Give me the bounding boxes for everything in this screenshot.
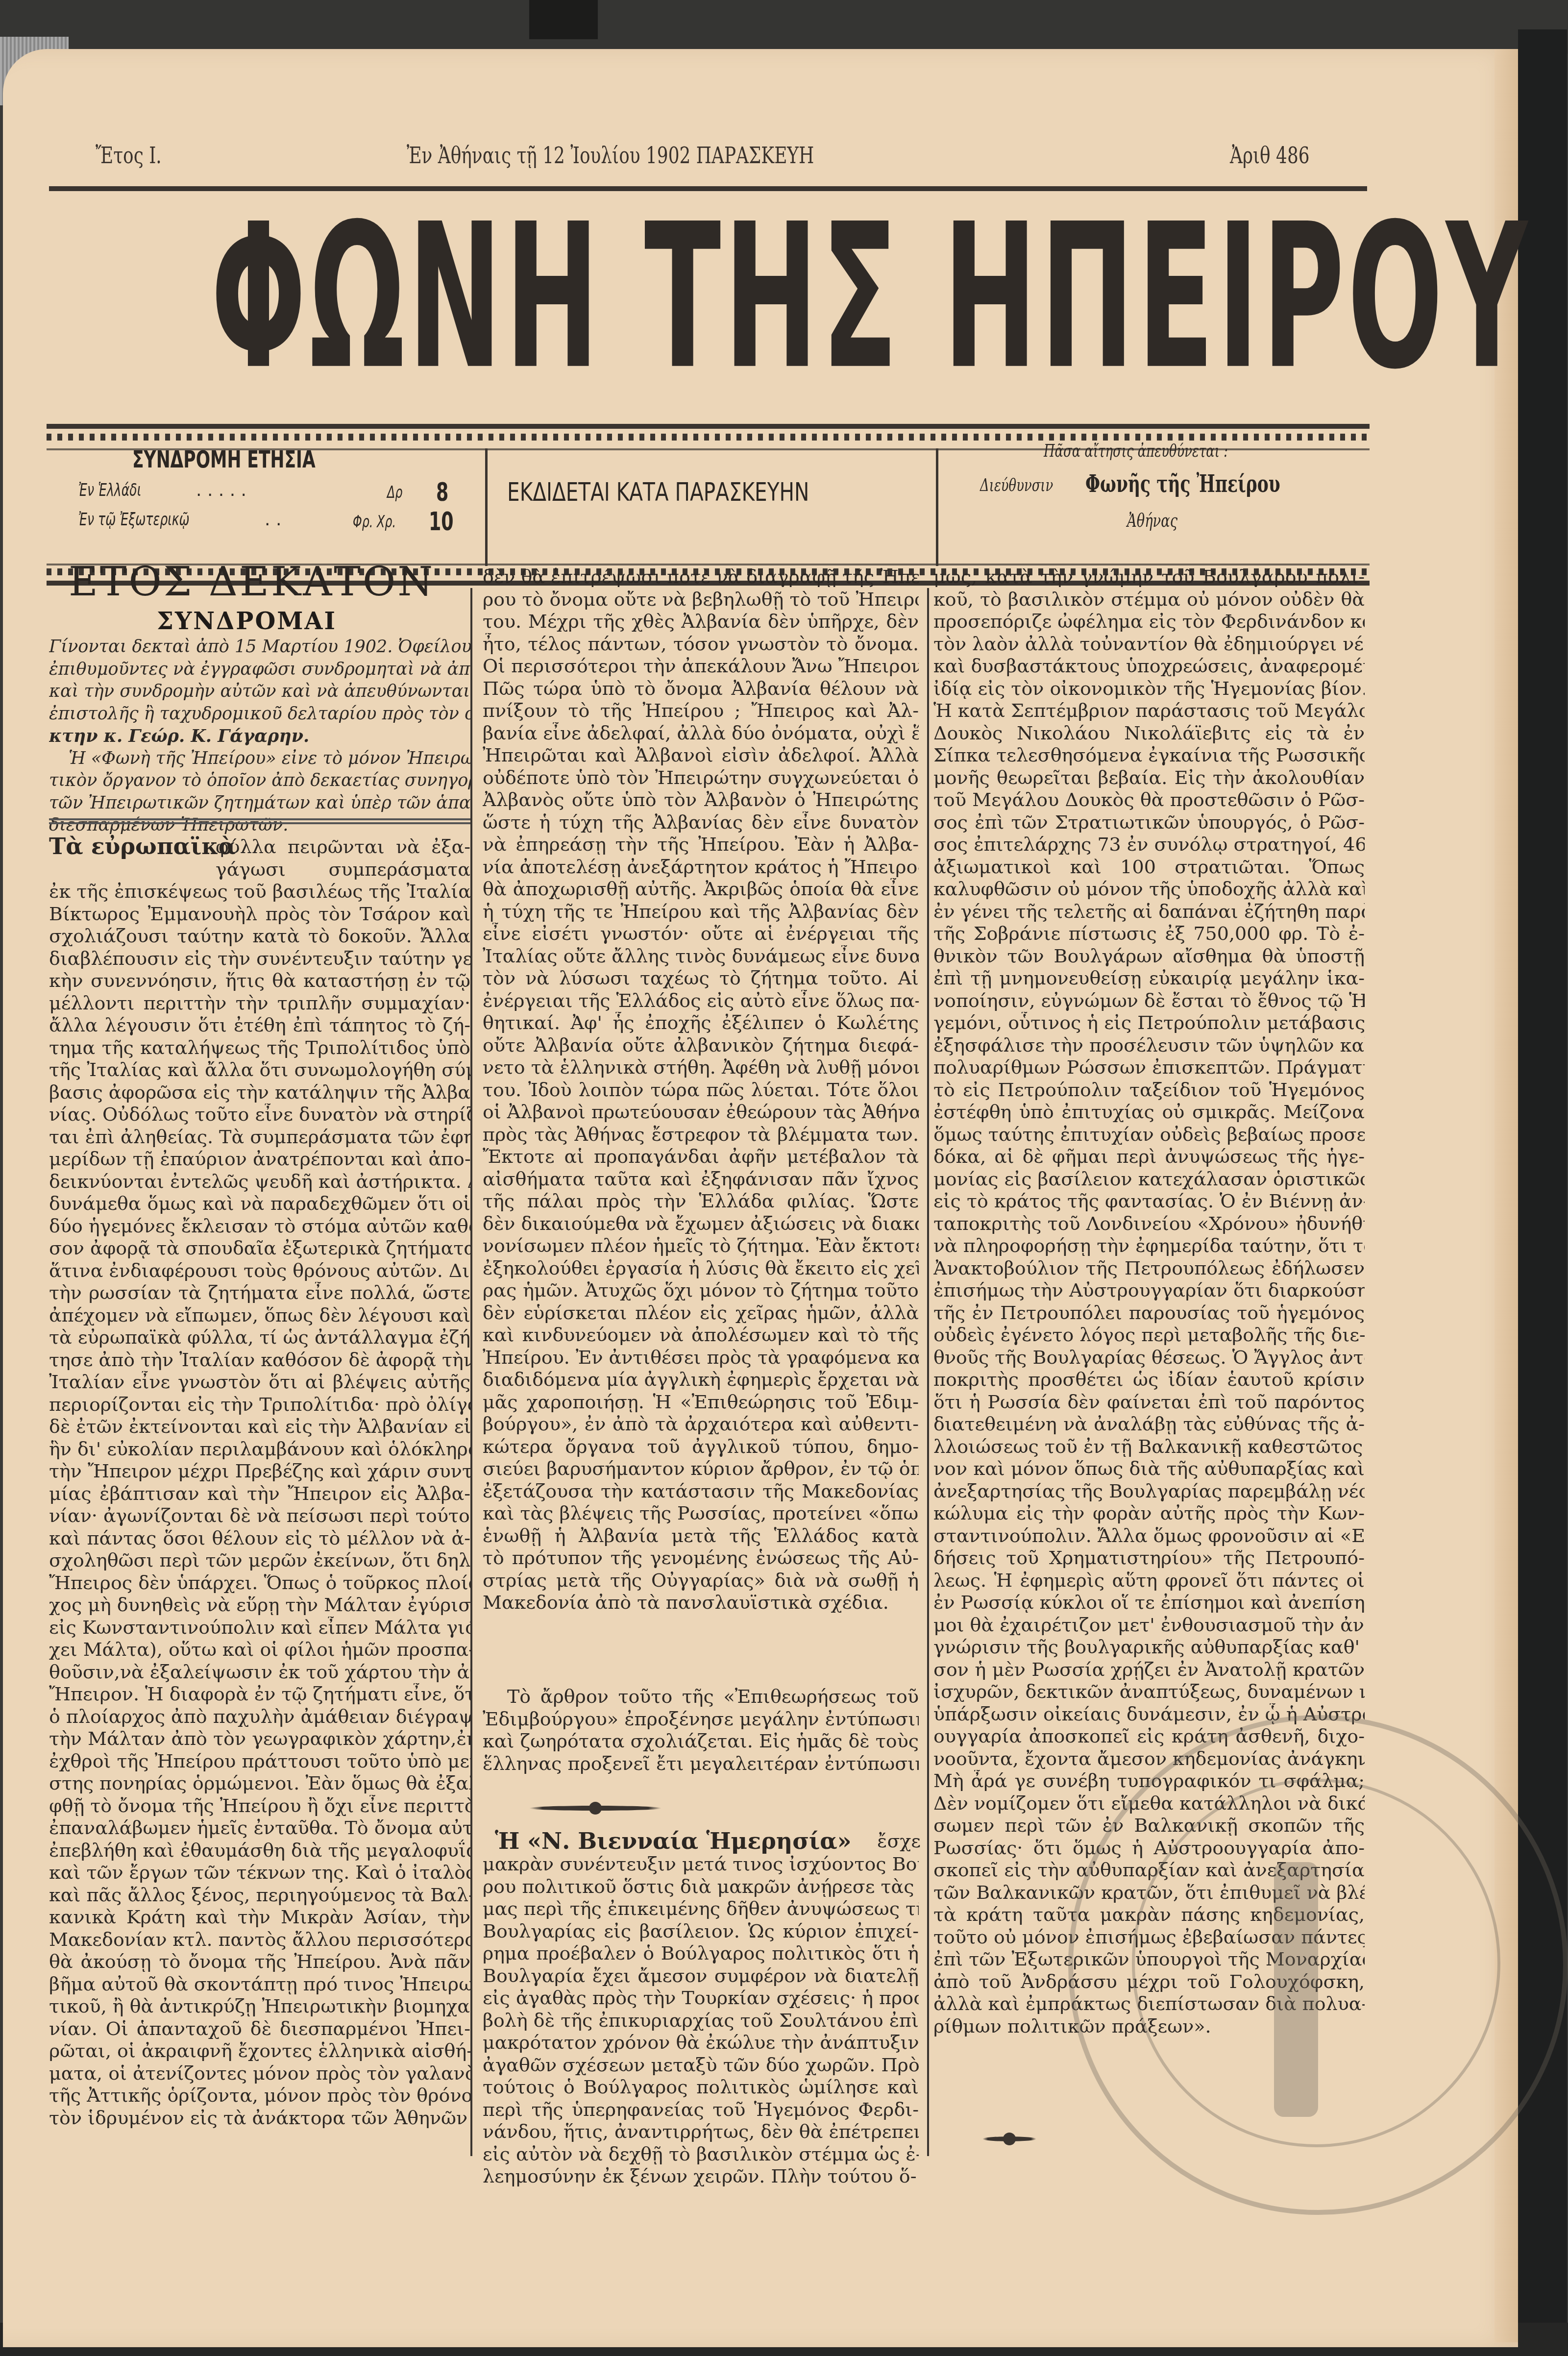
end-ornament (982, 2136, 1036, 2141)
text-line: ἀνεξαρτησίας τῆς Βουλγαρίας παρεμβάλῃ νέ… (933, 1480, 1365, 1503)
text-line: βῆμα αὐτοῦ θὰ σκοντάπτῃ πρό τινος Ἠπειρω… (49, 1973, 470, 1996)
subscription-row-greece-unit: Δρ (387, 483, 402, 502)
text-line: ρῶται, οἱ ἀκραιφνῆ ἔχοντες ἑλληνικὰ αἰσθ… (49, 2040, 470, 2062)
notice-line: ἐπιθυμοῦντες νὰ ἐγγραφῶσι συνδρομηταὶ νὰ… (49, 660, 470, 682)
text-line: στρίας μετὰ τῆς Οὐγγαρίας» διὰ νὰ σωθῇ ἡ (483, 1570, 919, 1592)
text-line: οὐδεὶς ἐγένετο λόγος περὶ μεταβολῆς τῆς … (933, 1324, 1365, 1347)
text-line: οὐδέποτε ὑπὸ τὸν Ἠπειρώτην συγχωνεύεται … (483, 767, 919, 789)
text-line: χος μὴ δυνηθεὶς νὰ εὕρῃ τὴν Μάλταν ἐγύρι… (49, 1594, 470, 1617)
text-line: Ἀνακτοβούλιον τῆς Πετρουπόλεως ἐδήλωσεν (933, 1257, 1365, 1280)
text-line: σος ἐπὶ τῶν Στρατιωτικῶν ὑπουργός, ὁ Ρῶσ… (933, 811, 1365, 834)
text-line: ὥστε ἡ τύχη τῆς Ἀλβανίας δὲν εἶνε δυνατὸ… (483, 811, 919, 834)
info-separator-2 (936, 448, 938, 566)
article-lead-vienna: Ἡ «Ν. Βιενναία Ἡμερησία» (495, 1828, 852, 1854)
text-line: δόκα, αἱ δὲ φῆμαι περὶ ἀνυψώσεως τῆς ἡγε… (933, 1146, 1365, 1168)
text-line: ἐξηκολούθει ἐργασία ἡ λύσις θὰ ἔκειτο εἰ… (483, 1257, 919, 1280)
publication-schedule: ΕΚΔΙΔΕΤΑΙ ΚΑΤΑ ΠΑΡΑΣΚΕΥΗΝ (507, 478, 809, 507)
text-line: Ἡ κατὰ Σεπτέμβριον παράστασις τοῦ Μεγάλο… (933, 700, 1365, 722)
text-line: Βίκτωρος Ἐμμανουὴλ πρὸς τὸν Τσάρον καὶ (49, 903, 470, 926)
subscription-row-abroad-unit: Φρ. Χρ. (353, 512, 396, 532)
about-line: Ἡ «Φωνὴ τῆς Ἠπείρου» εἶνε τὸ μόνον Ἠπειρ… (49, 749, 470, 771)
year-label: Ἔτος Ι. (96, 142, 162, 169)
text-line: δὲν εὑρίσκεται πλέον εἰς χεῖρας ἡμῶν, ἀλ… (483, 1302, 919, 1325)
about-line: τῶν Ἠπειρωτικῶν ζητημάτων καὶ ὑπὲρ τῶν ἁ… (49, 793, 470, 816)
text-line: νετο τὰ ἑλληνικὰ στήθη. Ἀφέθη νὰ λυθῇ μό… (483, 1056, 919, 1079)
text-line: σον ἡ μὲν Ρωσσία χρῄζει ἐν Ἀνατολῇ κρατῶ… (933, 1659, 1365, 1681)
text-line: δήσεις τοῦ Χρηματιστηρίου» τῆς Πετρουπό- (933, 1547, 1365, 1570)
text-line: μᾶς χαροποιήσῃ. Ἡ «Ἐπιθεώρησις τοῦ Ἐδιμ- (483, 1391, 919, 1414)
text-line: καὶ πάντας ὅσοι θέλουν εἰς τὸ μέλλον νὰ … (49, 1527, 470, 1550)
text-line: τὸν νὰ λύσωσι ταχέως τὸ ζήτημα τοῦτο. Αἱ (483, 967, 919, 990)
info-top-rule (47, 424, 1370, 429)
text-line: ἅτινα ἐνδιαφέρουσι τοὺς θρόνους αὐτῶν. Δ… (49, 1260, 470, 1282)
text-line: Οἱ περισσότεροι τὴν ἀπεκάλουν Ἄνω Ἤπειρο… (483, 655, 919, 678)
text-line: γεμόνι, οὗτινος ἡ εἰς Πετρούπολιν μετάβα… (933, 1012, 1365, 1034)
text-line: τὴν Μάλταν ἀπὸ τὸν γεωγραφικὸν χάρτην,ἐν… (49, 1728, 470, 1750)
section-heading-year: ΕΤΟΣ ΔΕΚΑΤΟΝ (69, 559, 435, 605)
subscription-row-abroad-price: 10 (429, 507, 454, 537)
text-line: Δουκὸς Νικολάου Νικολάϊεβιτς εἰς τὰ ἐν (933, 722, 1365, 745)
text-line: Πῶς τώρα ὑπὸ τὸ ὄνομα Ἀλβανία θέλουν νὰ (483, 678, 919, 700)
dateline: Ἐν Ἀθήναις τῇ 12 Ἰουλίου 1902 ΠΑΡΑΣΚΕΥΗ (407, 142, 814, 169)
text-line: ται ἐπὶ ἀληθείας. Τὰ συμπεράσματα τῶν ἐφ… (49, 1126, 470, 1149)
text-line: νον καὶ μόνον ὅπως διὰ τῆς αὐθυπαρξίας κ… (933, 1458, 1365, 1480)
text-line: ρας ἡμῶν. Ἀτυχῶς ὅχι μόνον τὸ ζήτημα τοῦ… (483, 1279, 919, 1302)
notice-line: καὶ τὴν συνδρομὴν αὐτῶν καὶ νὰ ἀπευθύνων… (49, 682, 470, 704)
address-prefix: Διεύθυνσιν (980, 475, 1053, 495)
text-line: ἐπισήμως τὴν Αὐστρουγγαρίαν ὅτι διαρκούσ… (933, 1279, 1365, 1302)
text-line: θητικαί. Ἀφ' ἧς ἐποχῆς ἐξέλιπεν ὁ Κωλέτη… (483, 1012, 919, 1034)
text-line: ἀπέχομεν νὰ εἴπωμεν, ὅπως δὲν λέγουσι κα… (49, 1304, 470, 1327)
text-line: εἶνε εἰσέτι γνωστόν· οὔτε αἱ ἐνέργειαι τ… (483, 923, 919, 945)
notice-line-editor: κτην κ. Γεώρ. Κ. Γάγαρην. (49, 726, 470, 749)
section-ornament (529, 1806, 661, 1811)
text-line: ἐξετάζουσα τὴν κατάστασιν τῆς Μακεδονίας (483, 1480, 919, 1503)
book-binding-top (0, 0, 1568, 54)
text-line: μίας ἐβάπτισαν καὶ τὴν Ἤπειρον εἰς Ἀλβα- (49, 1483, 470, 1505)
text-line: κανικὰ Κράτη καὶ τὴν Μικρὰν Ἀσίαν, τὴν (49, 1906, 470, 1929)
text-line: ἦτο, τέλος πάντων, τόσον γνωστὸν τὸ ὄνομ… (483, 633, 919, 656)
text-line: Ἐδιμβούργου» ἐπροξένησε μεγάλην ἐντύπωσι… (483, 1708, 919, 1731)
text-line: Ἰταλίας οὔτε ἄλλης τινὸς δυνάμεως εἶνε δ… (483, 945, 919, 968)
text-line: Βουλγαρία ἔχει ἄμεσον συμφέρον νὰ διατελ… (483, 1965, 919, 1988)
text-line: ποκριτὴς προσθέτει ὡς ἰδίαν ἑαυτοῦ κρίσι… (933, 1369, 1365, 1391)
text-line: νὰ ἐπηρεάσῃ τὴν τῆς Ἠπείρου. Ἐὰν ἡ Ἀλβα- (483, 834, 919, 856)
text-line: καὶ ζωηρότατα σχολιάζεται. Εἰς ἡμᾶς δὲ τ… (483, 1730, 919, 1753)
text-line: ἄλλα λέγουσιν ὅτι ἐτέθη ἐπὶ τάπητος τὸ ζ… (49, 1014, 470, 1037)
column-rule-2 (927, 588, 929, 2156)
subscriptions-notice: Γίνονται δεκταὶ ἀπὸ 15 Μαρτίου 1902. Ὀφε… (49, 637, 470, 838)
text-line: οἱ Ἀλβανοὶ πρωτεύουσαν ἐθεώρουν τὰς Ἀθήν… (483, 1101, 919, 1124)
text-line: του. Μέχρι τῆς χθὲς Ἀλβανία δὲν ὑπῆρχε, … (483, 611, 919, 633)
text-line: Μακεδονίαν κτλ. παντὸς ἄλλου περισσότερο… (49, 1929, 470, 1951)
text-line: ταποκριτὴς τοῦ Λονδινείου «Χρόνου» ἠδυνή… (933, 1213, 1365, 1235)
text-line: κοῦ, τὸ βασιλικὸν στέμμα οὐ μόνον οὐδὲν … (933, 589, 1365, 611)
text-line: στης πονηρίας ὁρμώμενοι. Ἐὰν ὅμως θὰ ἐξα… (49, 1772, 470, 1795)
text-line: καὶ κινδυνεύομεν νὰ ἀπολέσωμεν καὶ τὸ τῆ… (483, 1324, 919, 1347)
notice-line: Γίνονται δεκταὶ ἀπὸ 15 Μαρτίου 1902. Ὀφε… (49, 637, 470, 660)
text-line: καὶ πᾶς ἄλλος ξένος, περιηγούμενος τὰ Βα… (49, 1884, 470, 1907)
text-line: ἡ τύχη τῆς τε Ἠπείρου καὶ τῆς Ἀλβανίας δ… (483, 901, 919, 923)
text-line: ὅμως ταύτης ἐπιτυχίαν οὐδεὶς βεβαίως προ… (933, 1124, 1365, 1146)
text-line: τὴν ρωσσίαν τὰ ζητήματα εἶνε πολλά, ὥστε (49, 1282, 470, 1304)
text-line: ἐκ τῆς ἐπισκέψεως τοῦ βασιλέως τῆς Ἰταλί… (49, 881, 470, 903)
text-line: πνίξουν τὸ τῆς Ἠπείρου ; Ἤπειρος καὶ Ἀλ- (483, 700, 919, 722)
text-line: μοι θὰ ἐχαιρέτιζον μετ' ἐνθουσιασμοῦ τὴν… (933, 1614, 1365, 1637)
text-line: εἰς αὐτὸν νὰ δεχθῇ τὸ βασιλικὸν στέμμα ὡ… (483, 2143, 919, 2166)
text-line: τημα τῆς καταλήψεως τῆς Τριπολίτιδος ὑπὸ (49, 1037, 470, 1059)
text-line: τησε ἀπὸ τὴν Ἰταλίαν καθόσον δὲ ἀφορᾷ τὴ… (49, 1349, 470, 1372)
text-line: Σίπκα τελεσθησόμενα ἐγκαίνια τῆς Ρωσσικῆ… (933, 744, 1365, 767)
text-line: ματα, οἱ ἀτενίζοντες μόνον πρὸς τὸν γαλα… (49, 2062, 470, 2085)
subscription-row-greece-label: Ἐν Ἑλλάδι (78, 480, 141, 500)
text-line: νονίσωμεν πλέον ἡμεῖς τὸ ζήτημα. Ἐὰν ἔκτ… (483, 1235, 919, 1257)
text-line: Βουλγαρίας εἰς βασίλειον. Ὡς κύριον ἐπιχ… (483, 1920, 919, 1943)
text-line: ρου πολιτικοῦ ὅστις διὰ μακρῶν ἀνῄρεσε τ… (483, 1876, 919, 1898)
text-line: τὸ πρότυπον τῆς γενομένης ἑνώσεως τῆς Αὐ… (483, 1547, 919, 1570)
text-line: μως, κατὰ τὴν γνώμην τοῦ Βουλγάρου πολι- (933, 566, 1365, 589)
text-line: Ἤπειρος δὲν ὑπάρχει. Ὅπως ὁ τοῦρκος πλοί… (49, 1572, 470, 1595)
text-line: τῆς Σοβράνιε πίστωσις ἐξ 750,000 φρ. Τὸ … (933, 923, 1365, 945)
article-european-papers: φύλλα πειρῶνται νὰ ἐξα-γάγωσι συμπεράσμα… (49, 836, 470, 2129)
text-line: τοῦ Μεγάλου Δουκὸς θὰ προστεθῶσιν ὁ Ρῶσ- (933, 789, 1365, 811)
address-intro: Πᾶσα αἴτησις ἀπευθύνεται : (1044, 441, 1228, 461)
subscription-row-greece-price: 8 (436, 478, 448, 507)
text-line: καὶ δυσβαστάκτους ὑποχρεώσεις, ἀναφερομέ… (933, 655, 1365, 678)
text-line: τῆς ἐν Πετρουπόλει παρουσίας τοῦ ἡγεμόνο… (933, 1302, 1365, 1325)
text-line: ἐπὶ τῇ μνημονευθείσῃ εὐκαιρίᾳ μεγάλην ἱκ… (933, 967, 1365, 990)
text-line: δύο ἡγεμόνες ἔκλεισαν τὸ στόμα αὐτῶν καθ… (49, 1215, 470, 1238)
text-line: σταντινούπολιν. Ἄλλα ὅμως φρονοῦσιν αἱ «… (933, 1525, 1365, 1547)
text-line: δεικνύονται ἐντελῶς ψευδῆ καὶ ἀστήρικτα.… (49, 1171, 470, 1193)
text-line: Ἤπειρον. Ἡ διαφορὰ ἐν τῷ ζητήματι εἶνε, … (49, 1683, 470, 1706)
text-line: θὰ ἀκούσῃ τὸ ὄνομα τῆς Ἠπείρου. Ἀνὰ πᾶν (49, 1951, 470, 1973)
text-line: τὸ εἰς Πετρούπολιν ταξείδιον τοῦ Ἡγεμόνο… (933, 1079, 1365, 1102)
subscriptions-heading: ΣΥΝΔΡΟΜΑΙ (157, 608, 337, 635)
subscription-row-greece-dots: . . . . . (196, 480, 246, 500)
text-line: σιεύει βαρυσήμαντον κύριον ἄρθρον, ἐν τῷ… (483, 1458, 919, 1480)
address-name: Φωνῆς τῆς Ἠπείρου (1085, 470, 1280, 498)
text-line: ἰδίᾳ εἰς τὸν οἰκονομικὸν τῆς Ἡγεμονίας β… (933, 678, 1365, 700)
about-line: τικὸν ὄργανον τὸ ὁποῖον ἀπὸ δεκαετίας συ… (49, 771, 470, 793)
text-line: Ἠπειρῶται καὶ Ἀλβανοὶ εἰσὶν ἀδελφοί. Ἀλλ… (483, 744, 919, 767)
text-line: του. Ἰδοὺ λοιπὸν τώρα πῶς λύεται. Τότε ὅ… (483, 1079, 919, 1102)
text-line: σχοληθῶσι περὶ τῶν μερῶν ἐκείνων, ὅτι δη… (49, 1549, 470, 1572)
info-separator-1 (485, 448, 488, 566)
text-line: προσεπόριζε ὠφέλημα εἰς τὸν Φερδινάνδον … (933, 611, 1365, 633)
text-line: μέλλοντι περιττὴν τὴν τριπλῆν συμμαχίαν· (49, 992, 470, 1015)
text-line: ἐν Ρωσσίᾳ κύκλοι οἵ τε ἐπίσημοι καὶ ἀνεπ… (933, 1592, 1365, 1614)
text-line: μακρὰν συνέντευξιν μετά τινος ἰσχύοντος … (483, 1853, 919, 1876)
text-line: χει Μάλτα), οὕτω καὶ οἱ φίλοι ἡμῶν προσπ… (49, 1639, 470, 1661)
text-line: βούργου», ἐν ἀπὸ τὰ ἀρχαιότερα καὶ αὐθεν… (483, 1413, 919, 1436)
text-line: εἰς ἀγαθὰς πρὸς τὴν Τουρκίαν σχέσεις· ἡ … (483, 1987, 919, 2010)
text-line: ἐπαναλάβωμεν ἡμεῖς ἐνταῦθα. Τὸ ὄνομα αὐτ… (49, 1817, 470, 1840)
text-line: τούτοις ὁ Βούλγαρος πολιτικὸς ὡμίλησε κα… (483, 2076, 919, 2099)
text-line: κώλυμα εἰς τὴν φορὰν αὐτῆς πρὸς τὴν Κων- (933, 1502, 1365, 1525)
article-vienna-daily: μακρὰν συνέντευξιν μετά τινος ἰσχύοντος … (483, 1853, 919, 2188)
text-line: καλυφθῶσιν οὐ μόνον τῆς ὑποδοχῆς ἀλλὰ κα… (933, 878, 1365, 901)
text-line: βασις ἀφορῶσα εἰς τὴν κατάληψιν τῆς Ἀλβα… (49, 1081, 470, 1104)
article-edinburgh-review: Τὸ ἄρθρον τοῦτο τῆς «Ἐπιθεωρήσεως τοῦἘδι… (483, 1686, 919, 1775)
text-line: τῆς πάλαι πρὸς τὴν Ἑλλάδα φιλίας. Ὥστε (483, 1190, 919, 1213)
text-line: ἑνωθῇ ἡ Ἀλβανία μετὰ τῆς Ἑλλάδος κατὰ (483, 1525, 919, 1547)
article-lead-vienna-rest: ἔσχε (877, 1830, 921, 1852)
text-line: νίαν· ἀγωνίζονται δὲ νὰ πείσωσι περὶ τού… (49, 1505, 470, 1527)
text-line: φύλλα πειρῶνται νὰ ἐξα- (49, 836, 470, 859)
text-line: ρου τὸ ὄνομα οὔτε νὰ βεβηλωθῇ τὸ τοῦ Ἠπε… (483, 589, 919, 611)
subscription-row-abroad-label: Ἐν τῷ Ἐξωτερικῷ (78, 510, 190, 530)
text-line: σον ἀφορᾷ τὰ σπουδαῖα ἐξωτερικὰ ζητήματα (49, 1237, 470, 1260)
text-line: καὶ τὰς βλέψεις τῆς Ρωσσίας, προτείνει «… (483, 1502, 919, 1525)
text-line: λεημοσύνην ἐκ ξένων χειρῶν. Πλὴν τούτου … (483, 2165, 919, 2188)
text-line: κώτερα ὄργανα τοῦ ἀγγλικοῦ τύπου, δημο- (483, 1436, 919, 1458)
text-line: καὶ τῶν ἔργων τῶν τέκνων της. Καὶ ὁ ἰταλ… (49, 1862, 470, 1884)
text-line: βανία εἶνε ἀδελφαί, ἀλλὰ δύο ὀνόματα, οὐ… (483, 722, 919, 745)
library-stamp-tree-icon (1274, 1862, 1318, 2117)
text-line: τῆς Ἰταλίας καὶ ἄλλα ὅτι συνωμολογήθη σύ… (49, 1059, 470, 1081)
text-line: πρὸς τὰς Ἀθήνας ἔστρεφον τὰ βλέμματα των… (483, 1124, 919, 1146)
binding-strap (529, 0, 598, 39)
text-line: θνοῦς τῆς Βουλγαρίας θέσεως. Ὁ Ἄγγλος ἀν… (933, 1347, 1365, 1369)
text-line: ἀξιωματικοὶ καὶ 100 στρατιῶται. Ὅπως (933, 856, 1365, 879)
text-line: μονίας εἰς βασίλειον κατεχάλασαν ὁριστικ… (933, 1168, 1365, 1191)
text-line: τὰ εὐρωπαϊκὰ φύλλα, τί ὡς ἀντάλλαγμα ἐζή… (49, 1326, 470, 1349)
text-line: οὔτε Ἀλβανία οὔτε ἀλβανικὸν ζήτημα διεφά… (483, 1034, 919, 1057)
text-line: ἐστέφθη ὑπὸ ἐπιτυχίας οὐ σμικρᾶς. Μείζον… (933, 1101, 1365, 1124)
text-line: γνώρισιν τῆς βουλγαρικῆς αὐθυπαρξίας καθ… (933, 1636, 1365, 1659)
text-line: περιορίζονται εἰς τὴν Τριπολίτιδα· πρὸ ὀ… (49, 1394, 470, 1416)
text-line: μακρότατον χρόνον θὰ ἐκώλυε τὴν ἀνάπτυξι… (483, 2032, 919, 2054)
text-line: ἕλληνας προξενεῖ ἔτι μεγαλειτέραν ἐντύπω… (483, 1753, 919, 1775)
text-line: κὴν συνεννόησιν, ἥτις θὰ καταστήσῃ ἐν τῷ (49, 970, 470, 992)
text-line: ἐπεβλήθη καὶ ἐθαυμάσθη διὰ τῆς μεγαλοφυΐ… (49, 1840, 470, 1862)
text-line: λλοιώσεως τοῦ ἐν τῇ Βαλκανικῇ καθεστῶτος… (933, 1436, 1365, 1458)
text-line: περὶ τῆς ὑπερηφανείας τοῦ Ἡγεμόνος Φερδι… (483, 2099, 919, 2121)
text-line: τικοῦ, ἢ θὰ ἀντικρύζῃ Ἠπειρωτικὴν βιομηχ… (49, 1995, 470, 2018)
text-line: νάνδου, ἥτις, ἀναντιρρήτως, δὲν θὰ ἐπέτρ… (483, 2121, 919, 2143)
text-line: μας περὶ τῆς ἐπικειμένης δῆθεν ἀνυψώσεως… (483, 1898, 919, 1920)
text-line: ἐν γένει τῆς τελετῆς αἱ δαπάναι ἐζήτηθη … (933, 901, 1365, 923)
text-line: τὸν λαὸν ἀλλὰ τοὐναντίον θὰ ἐδημιούργει … (933, 633, 1365, 656)
text-line: δὲν θὰ ἐπιτρέψωσι ποτὲ νὰ διαγραφῇ τῆς Ἠ… (483, 566, 919, 589)
text-line: θὰ ἀποχωρισθῇ αὐτῆς. Ἀκριβῶς ὁποία θὰ εἶ… (483, 878, 919, 901)
text-line: Ἀλβανὸς οὔτε ὑπὸ τὸν Ἀλβανὸν ὁ Ἠπειρώτης (483, 789, 919, 811)
text-line: μονῆς θεωρεῖται βεβαία. Εἰς τὴν ἀκολουθί… (933, 767, 1365, 789)
text-line: διατεθειμένη νὰ ἀναλάβῃ τὰς εὐθύνας τῆς … (933, 1413, 1365, 1436)
issue-number: Ἀριθ 486 (1230, 142, 1310, 169)
text-line: ἀγαθῶν σχέσεων μεταξὺ τῶν δύο χωρῶν. Πρὸ… (483, 2054, 919, 2077)
text-line: δὲν δικαιούμεθα νὰ ἔχωμεν ἀξιώσεις νὰ δι… (483, 1213, 919, 1235)
text-line: μερίδων τῇ ἐπαύριον ἀνατρέπονται καὶ ἀπο… (49, 1148, 470, 1171)
text-line: Ἰταλίαν εἶνε γνωστὸν ὅτι αἱ βλέψεις αὐτῆ… (49, 1371, 470, 1394)
text-line: Ἔκτοτε αἱ προπαγάνδαι ἀφῆν μετέβαλον τὰ (483, 1146, 919, 1168)
text-line: γάγωσι συμπεράσματα (49, 859, 470, 881)
text-line: ρημα προέβαλεν ὁ Βούλγαρος πολιτικὸς ὅτι… (483, 1942, 919, 1965)
text-line: νὰ πληροφορήσῃ τὴν ἐφημερίδα ταύτην, ὅτι… (933, 1235, 1365, 1257)
text-line: νίας. Οὐδόλως τοῦτο εἶνε δυνατὸν νὰ στηρ… (49, 1104, 470, 1126)
text-line: σος ἐπιτελάρχης 73 ἐν συνόλῳ στρατηγοί, … (933, 834, 1365, 856)
text-line: τῆς Ἀττικῆς ὁρίζοντα, μόνον πρὸς τὸν θρό… (49, 2085, 470, 2107)
text-line: σχολιάζουσι ταύτην κατὰ τὸ δοκοῦν. Ἄλλα (49, 925, 470, 948)
subscription-row-abroad-dots: . . (265, 510, 281, 530)
text-line: ἰσχυρῶν, δεκτικῶν ἀναπτύξεως, δυναμένων … (933, 1681, 1365, 1703)
text-line: τὴν Ἤπειρον μέχρι Πρεβέζης καὶ χάριν συν… (49, 1460, 470, 1483)
info-top-dots (47, 434, 1370, 441)
text-line: Μακεδονία ἀπὸ τὰ πανσλαυϊστικὰ σχέδια. (483, 1592, 919, 1614)
text-line: αἰσθήματα ταῦτα καὶ ἐξηφάνισαν πᾶν ἴχνος (483, 1168, 919, 1191)
text-line: ἣν δι' εὐκολίαν περιλαμβάνουν καὶ ὁλόκλη… (49, 1438, 470, 1461)
column-rule-1 (470, 588, 472, 2156)
text-line: διαδιδόμενα μία ἀγγλικὴ ἐφημερὶς ἔρχεται… (483, 1369, 919, 1391)
text-line: νία ἀποτελέσῃ ἀνεξάρτητον κράτος ἡ Ἤπειρ… (483, 856, 919, 879)
notice-line: ἐπιστολῆς ἢ ταχυδρομικοῦ δελταρίου πρὸς … (49, 704, 470, 727)
text-line: θοῦσιν,νὰ ἐξαλείψωσιν ἐκ τοῦ χάρτου τὴν … (49, 1661, 470, 1684)
text-line: φθῇ τὸ ὄνομα τῆς Ἠπείρου ἢ ὄχι εἶνε περι… (49, 1795, 470, 1817)
text-line: Τὸ ἄρθρον τοῦτο τῆς «Ἐπιθεωρήσεως τοῦ (483, 1686, 919, 1708)
text-line: βολὴ δὲ τῆς ἐπικυριαρχίας τοῦ Σουλτάνου … (483, 2010, 919, 2032)
text-line: θνικὸν τῶν Βουλγάρων αἴσθημα θὰ ὑποστῇ (933, 945, 1365, 968)
newspaper-title: ΦΩΝΗ ΤΗΣ ΗΠΕΙΡΟΥ (211, 206, 831, 389)
subscription-heading: ΣΥΝΔΡΟΜΗ ΕΤΗΣΙΑ (132, 446, 316, 473)
text-line: Ἠπείρου. Ἐν ἀντιθέσει πρὸς τὰ γραφόμενα … (483, 1347, 919, 1369)
text-line: διαβλέπουσιν εἰς τὴν συνέντευξιν ταύτην … (49, 948, 470, 970)
text-line: πολυαρίθμων Ρώσσων ἐπισκεπτῶν. Πράγματι (933, 1056, 1365, 1079)
text-line: δὲ ἐτῶν ἐκτείνονται καὶ εἰς τὴν Ἀλβανίαν… (49, 1416, 470, 1438)
text-line: ὁ πλοίαρχος ἀπὸ παχυλὴν ἀμάθειαν διέγραψ… (49, 1706, 470, 1728)
text-line: ὅτι ἡ Ρωσσία δὲν φαίνεται ἐπὶ τοῦ παρόντ… (933, 1391, 1365, 1414)
text-line: εἰς Κωνσταντινούπολιν καὶ εἶπεν Μάλτα γι… (49, 1617, 470, 1639)
text-line: ἐχθροὶ τῆς Ἠπείρου πράττουσι τοῦτο ὑπὸ μ… (49, 1750, 470, 1773)
text-line: νοποίησιν, εὐγνώμων δὲ ἔσται τὸ ἔθνος τῷ… (933, 990, 1365, 1012)
text-line: τὸν ἱδρυμένον εἰς τὰ ἀνάκτορα τῶν Ἀθηνῶν (49, 2107, 470, 2130)
text-line: ἐξησφάλισε τὴν προσέλευσιν τῶν ὑψηλῶν κα… (933, 1034, 1365, 1057)
section-double-rule (49, 818, 470, 824)
article-epirus-name: δὲν θὰ ἐπιτρέψωσι ποτὲ νὰ διαγραφῇ τῆς Ἠ… (483, 566, 919, 1614)
text-line: εἰς τὸ κράτος τῆς φαντασίας. Ὁ ἐν Βιέννῃ… (933, 1190, 1365, 1213)
text-line: λεως. Ἡ ἐφημερὶς αὕτη φρονεῖ ὅτι πάντες … (933, 1570, 1365, 1592)
text-line: δυνάμεθα ὅμως καὶ νὰ παραδεχθῶμεν ὅτι οἱ (49, 1193, 470, 1215)
address-city: Ἀθήνας (1127, 510, 1177, 531)
text-line: νίαν. Οἱ ἁπανταχοῦ δὲ διεσπαρμένοι Ἠπει- (49, 2018, 470, 2040)
text-line: ἐνέργειαι τῆς Ἑλλάδος εἰς αὐτὸ εἶνε ὅλως… (483, 990, 919, 1012)
